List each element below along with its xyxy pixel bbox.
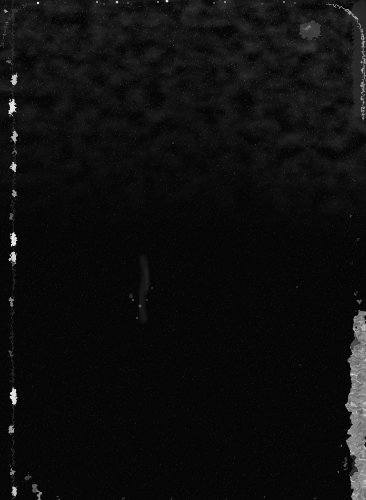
wear-speck xyxy=(9,387,15,403)
wear-speck xyxy=(13,147,16,153)
wear-speck xyxy=(5,21,7,23)
wear-speck xyxy=(3,9,6,12)
wear-speck xyxy=(11,72,16,84)
wear-speck xyxy=(31,482,36,492)
wear-speck xyxy=(11,129,16,141)
wear-speck xyxy=(8,349,11,355)
wear-speck xyxy=(8,98,14,114)
wear-speck xyxy=(8,295,12,305)
wear-speck xyxy=(9,466,13,474)
wear-speck xyxy=(11,485,16,495)
book-cover-photo xyxy=(0,0,366,500)
corner-worn-column xyxy=(351,0,366,115)
wear-speck xyxy=(8,212,11,218)
wear-speck xyxy=(10,161,15,171)
book-cover-art xyxy=(0,0,366,500)
wear-speck xyxy=(8,423,12,433)
wear-speck xyxy=(11,189,15,197)
wear-speck xyxy=(25,472,29,480)
wear-speck xyxy=(35,488,37,490)
wear-speck xyxy=(2,33,4,35)
wear-speck xyxy=(36,491,40,499)
wear-speck xyxy=(9,231,15,245)
grain-texture-top xyxy=(0,0,366,500)
wear-speck xyxy=(7,58,10,62)
wear-speck xyxy=(10,259,13,265)
